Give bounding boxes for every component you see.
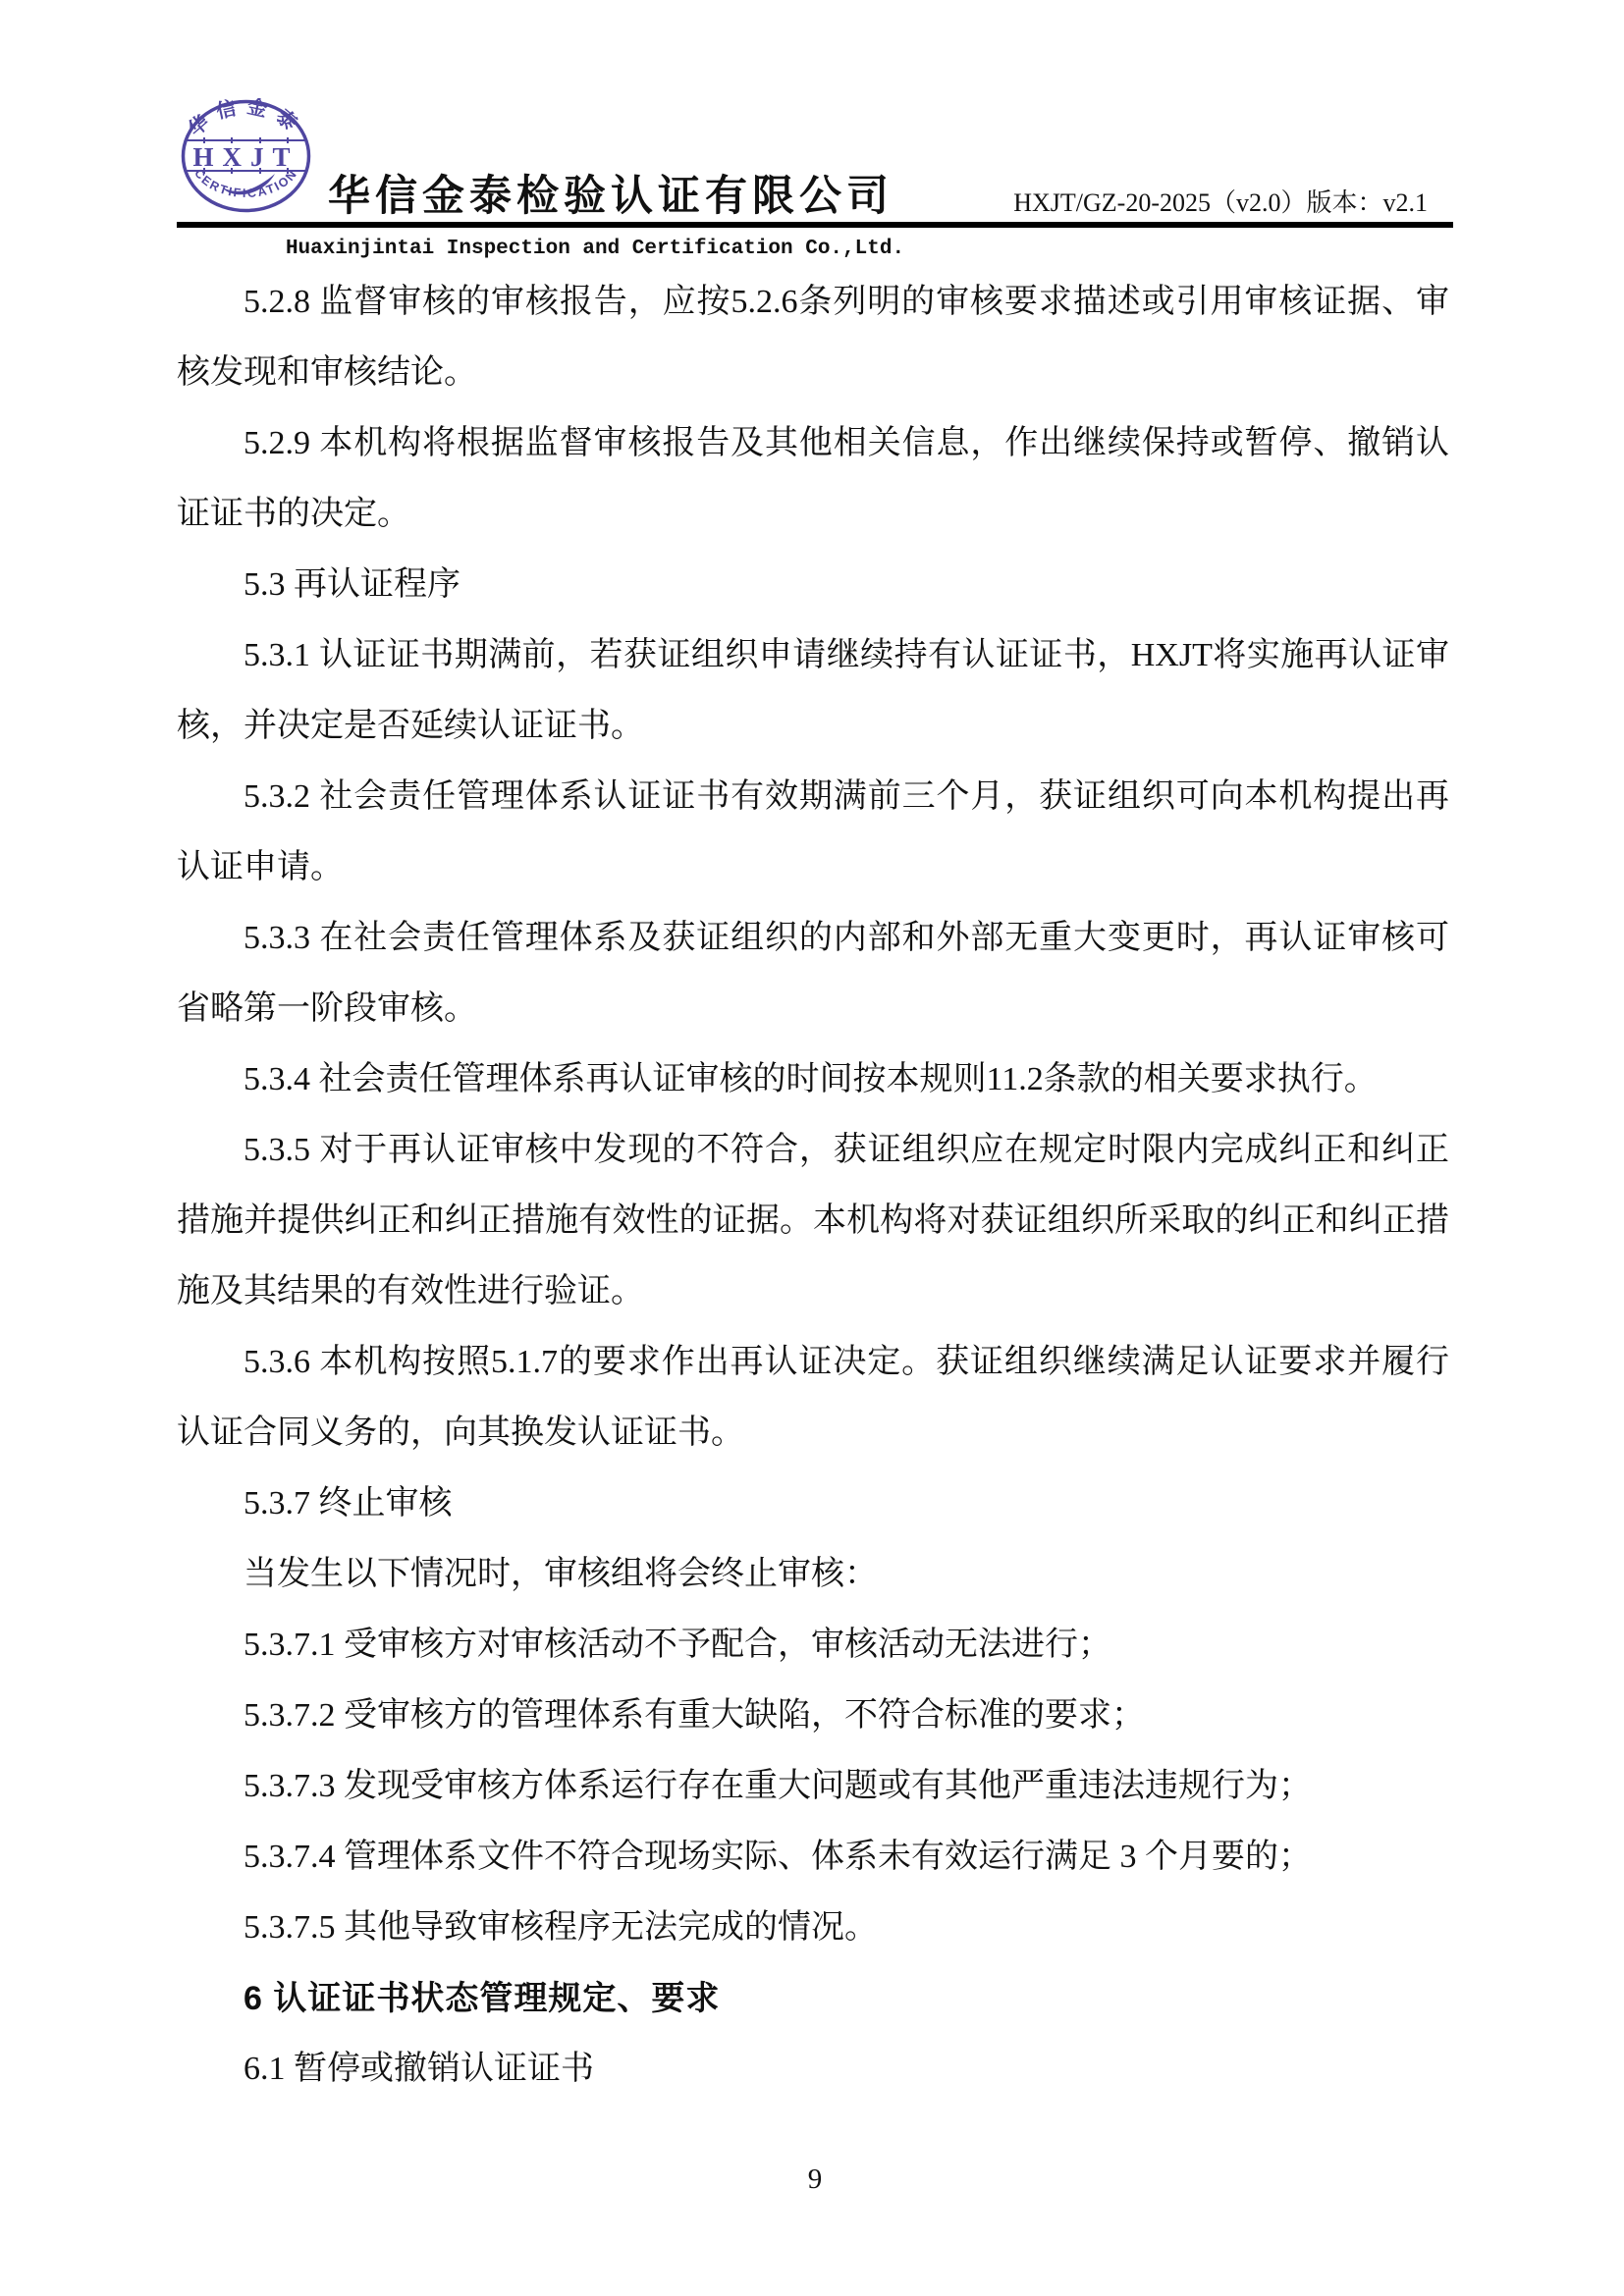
seal-top-arc-text: 华信金泰 bbox=[184, 98, 308, 140]
paragraph: 5.3.2 社会责任管理体系认证证书有效期满前三个月，获证组织可向本机构提出再认… bbox=[177, 762, 1449, 903]
paragraph: 5.3.6 本机构按照5.1.7的要求作出再认证决定。获证组织继续满足认证要求并… bbox=[177, 1327, 1449, 1468]
paragraph: 5.2.8 监督审核的审核报告，应按5.2.6条列明的审核要求描述或引用审核证据… bbox=[177, 267, 1449, 408]
company-name-english: Huaxinjintai Inspection and Certificatio… bbox=[286, 238, 904, 260]
section-heading: 6 认证证书状态管理规定、要求 bbox=[177, 1963, 1449, 2034]
paragraph: 5.3.3 在社会责任管理体系及获证组织的内部和外部无重大变更时，再认证审核可省… bbox=[177, 903, 1449, 1044]
seal-acronym-text: HXJT bbox=[192, 142, 298, 172]
header-divider-line bbox=[177, 222, 1453, 228]
paragraph: 5.3.7.4 管理体系文件不符合现场实际、体系未有效运行满足 3 个月要的； bbox=[177, 1822, 1449, 1893]
paragraph: 5.3.4 社会责任管理体系再认证审核的时间按本规则11.2条款的相关要求执行。 bbox=[177, 1044, 1449, 1115]
paragraph: 当发生以下情况时，审核组将会终止审核： bbox=[177, 1539, 1449, 1610]
paragraph: 5.3.7.5 其他导致审核程序无法完成的情况。 bbox=[177, 1893, 1449, 1963]
paragraph: 5.3.7.3 发现受审核方体系运行存在重大问题或有其他严重违法违规行为； bbox=[177, 1751, 1449, 1822]
page-number: 9 bbox=[177, 2163, 1453, 2196]
paragraph: 5.3.5 对于再认证审核中发现的不符合，获证组织应在规定时限内完成纠正和纠正措… bbox=[177, 1115, 1449, 1327]
paragraph: 5.3.1 认证证书期满前，若获证组织申请继续持有认证证书，HXJT将实施再认证… bbox=[177, 620, 1449, 762]
paragraph: 5.3.7 终止审核 bbox=[177, 1468, 1449, 1539]
document-body: 5.2.8 监督审核的审核报告，应按5.2.6条列明的审核要求描述或引用审核证据… bbox=[177, 267, 1449, 2105]
document-number: HXJT/GZ-20-2025（v2.0）版本：v2.1 bbox=[1013, 183, 1428, 219]
company-name-chinese: 华信金泰检验认证有限公司 bbox=[328, 163, 893, 223]
paragraph: 5.3.7.2 受审核方的管理体系有重大缺陷，不符合标准的要求； bbox=[177, 1681, 1449, 1751]
document-page: 华信金泰 HXJT CERTIFICATION bbox=[0, 0, 1624, 2296]
paragraph: 5.3.7.1 受审核方对审核活动不予配合，审核活动无法进行； bbox=[177, 1610, 1449, 1681]
paragraph: 5.3 再认证程序 bbox=[177, 550, 1449, 620]
paragraph: 5.2.9 本机构将根据监督审核报告及其他相关信息，作出继续保持或暂停、撤销认证… bbox=[177, 408, 1449, 550]
company-seal-logo: 华信金泰 HXJT CERTIFICATION bbox=[180, 98, 312, 214]
paragraph: 6.1 暂停或撤销认证证书 bbox=[177, 2034, 1449, 2105]
